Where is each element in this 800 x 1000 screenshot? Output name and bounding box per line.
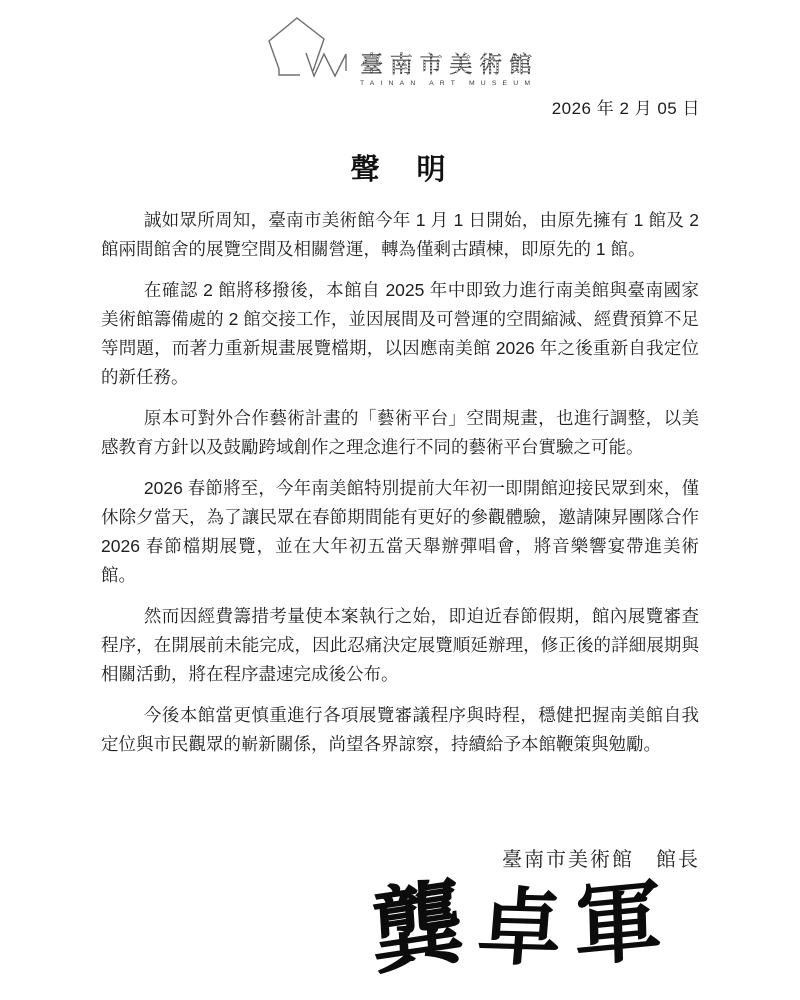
signature-char-3: 軍 [573,875,663,972]
museum-name-en: TAINAN ART MUSEUM [360,80,532,87]
museum-name-zh: 臺南市美術館 [360,51,532,77]
museum-logo-graphic: 臺南市美術館 TAINAN ART MUSEUM [260,12,540,88]
signature-char-1: 龔 [369,875,466,981]
logo-m-icon [306,53,346,76]
museum-logo: 臺南市美術館 TAINAN ART MUSEUM [0,0,800,88]
signature-char-2: 卓 [474,885,565,971]
statement-title: 聲 明 [0,147,800,188]
statement-body: 誠如眾所周知，臺南市美術館今年 1 月 1 日開始，由原先擁有 1 館及 2 館… [0,206,800,759]
statement-document: 臺南市美術館 TAINAN ART MUSEUM 2026 年 2 月 05 日… [0,0,800,1000]
paragraph-4: 2026 春節將至，今年南美館特別提前大年初一即開館迎接民眾到來，僅休除夕當天，… [101,474,699,590]
paragraph-3: 原本可對外合作藝術計畫的「藝術平台」空間規畫，也進行調整，以美感教育方針以及鼓勵… [101,404,699,462]
paragraph-1: 誠如眾所周知，臺南市美術館今年 1 月 1 日開始，由原先擁有 1 館及 2 館… [101,206,699,264]
signoff-line: 臺南市美術館 館長 [0,843,800,872]
paragraph-2: 在確認 2 館將移撥後，本館自 2025 年中即致力進行南美館與臺南國家美術館籌… [101,276,699,392]
director-signature: 龔 卓 軍 [0,872,800,985]
paragraph-6: 今後本館當更慎重進行各項展覽審議程序與時程，穩健把握南美館自我定位與市民觀眾的嶄… [101,701,699,759]
pentagon-logo-icon [269,18,346,76]
paragraph-5: 然而因經費籌措考量使本案執行之始，即迫近春節假期，館內展覽審查程序，在開展前未能… [101,602,699,689]
document-date: 2026 年 2 月 05 日 [0,94,800,119]
